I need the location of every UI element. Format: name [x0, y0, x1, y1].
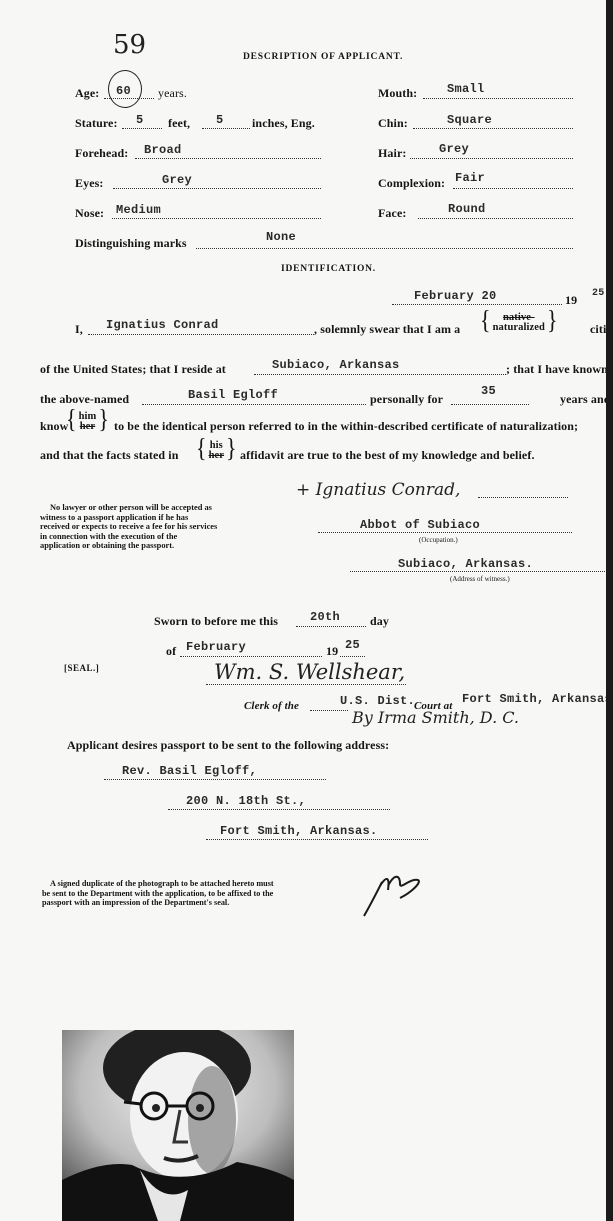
age-suffix: years.: [158, 86, 187, 101]
complexion-label: Complexion:: [378, 176, 445, 191]
hair-value: Grey: [439, 142, 469, 156]
witness-name: Ignatius Conrad: [106, 318, 219, 332]
sworn-month: February: [186, 640, 246, 654]
mailing-line-2: 200 N. 18th St.,: [186, 794, 306, 808]
nose-label: Nose:: [75, 206, 104, 221]
face-value: Round: [448, 202, 486, 216]
applicant-name: Basil Egloff: [188, 388, 278, 402]
eyes-value: Grey: [162, 173, 192, 187]
forehead-value: Broad: [144, 143, 182, 157]
eyes-label: Eyes:: [75, 176, 104, 191]
mouth-label: Mouth:: [378, 86, 417, 101]
photo-notice: A signed duplicate of the photograph to …: [42, 879, 278, 908]
distinguishing-marks-value: None: [266, 230, 296, 244]
page-edge: [606, 0, 613, 1221]
personally-for-text: personally for: [370, 392, 443, 407]
witness-residence: Subiaco, Arkansas: [272, 358, 400, 372]
witness-signature: + Ignatius Conrad,: [296, 480, 460, 500]
years-known: 35: [481, 384, 496, 398]
section-title-identification: IDENTIFICATION.: [281, 264, 376, 274]
stature-label: Stature:: [75, 116, 118, 131]
hair-label: Hair:: [378, 146, 407, 161]
mailing-line-3: Fort Smith, Arkansas.: [220, 824, 378, 838]
seal-label: [SEAL.]: [64, 663, 99, 673]
initials-mark: [360, 868, 430, 920]
residence-suffix: ; that I have known: [506, 362, 608, 377]
of-label: of: [166, 644, 176, 659]
chin-value: Square: [447, 113, 492, 127]
clerk-of-label: Clerk of the: [244, 700, 299, 712]
identical-person-text: to be the identical person referred to i…: [114, 419, 578, 434]
option-her: her: [80, 421, 95, 432]
oath-prefix: I,: [75, 322, 83, 337]
witness-occupation: Abbot of Subiaco: [360, 518, 480, 532]
years-and-text: years and: [560, 392, 611, 407]
stature-feet-value: 5: [136, 113, 144, 127]
lawyer-notice: No lawyer or other person will be accept…: [40, 503, 218, 551]
chin-label: Chin:: [378, 116, 408, 131]
facts-stated-text: and that the facts stated in: [40, 448, 178, 463]
witness-address-caption: (Address of witness.): [450, 575, 510, 583]
stature-inches-value: 5: [216, 113, 224, 127]
face-label: Face:: [378, 206, 406, 221]
mailing-address-label: Applicant desires passport to be sent to…: [67, 738, 389, 753]
above-named-text: the above-named: [40, 392, 129, 407]
day-label: day: [370, 614, 389, 629]
affidavit-text: affidavit are true to the best of my kno…: [240, 448, 535, 463]
identification-date: February 20: [414, 289, 497, 303]
oath-text: , solemnly swear that I am a: [314, 322, 460, 337]
mouth-value: Small: [447, 82, 485, 96]
option-naturalized: naturalized: [493, 322, 545, 333]
applicant-photo: [62, 1030, 294, 1221]
forehead-label: Forehead:: [75, 146, 128, 161]
know-text: know: [40, 419, 68, 434]
deputy-signature: By Irma Smith, D. C.: [352, 708, 519, 727]
age-circle-mark: [108, 70, 142, 108]
sworn-text: Sworn to before me this: [154, 614, 278, 629]
handwritten-annotation: 59: [113, 30, 146, 60]
clerk-signature: Wm. S. Wellshear,: [214, 660, 405, 684]
age-label: Age:: [75, 86, 99, 101]
mailing-line-1: Rev. Basil Egloff,: [122, 764, 257, 778]
stature-feet-label: feet,: [168, 116, 190, 131]
sworn-day: 20th: [310, 610, 340, 624]
sworn-year-prefix: 19: [326, 644, 338, 659]
court-name: U.S. Dist.: [340, 694, 415, 708]
occupation-caption: (Occupation.): [419, 536, 458, 544]
identification-year-prefix: 19: [565, 293, 577, 308]
nose-value: Medium: [116, 203, 161, 217]
passport-application-page: 59 DESCRIPTION OF APPLICANT. Age: 60 yea…: [0, 0, 606, 1221]
complexion-value: Fair: [455, 171, 485, 185]
stature-inches-label: inches, Eng.: [252, 116, 315, 131]
section-title-description: DESCRIPTION OF APPLICANT.: [243, 52, 403, 62]
identification-year: 25: [592, 288, 605, 299]
court-location: Fort Smith, Arkansas: [462, 692, 612, 706]
sworn-year: 25: [345, 638, 360, 652]
residence-text: of the United States; that I reside at: [40, 362, 226, 377]
witness-address: Subiaco, Arkansas.: [398, 557, 533, 571]
distinguishing-marks-label: Distinguishing marks: [75, 236, 187, 251]
option-her-2: her: [209, 450, 224, 461]
